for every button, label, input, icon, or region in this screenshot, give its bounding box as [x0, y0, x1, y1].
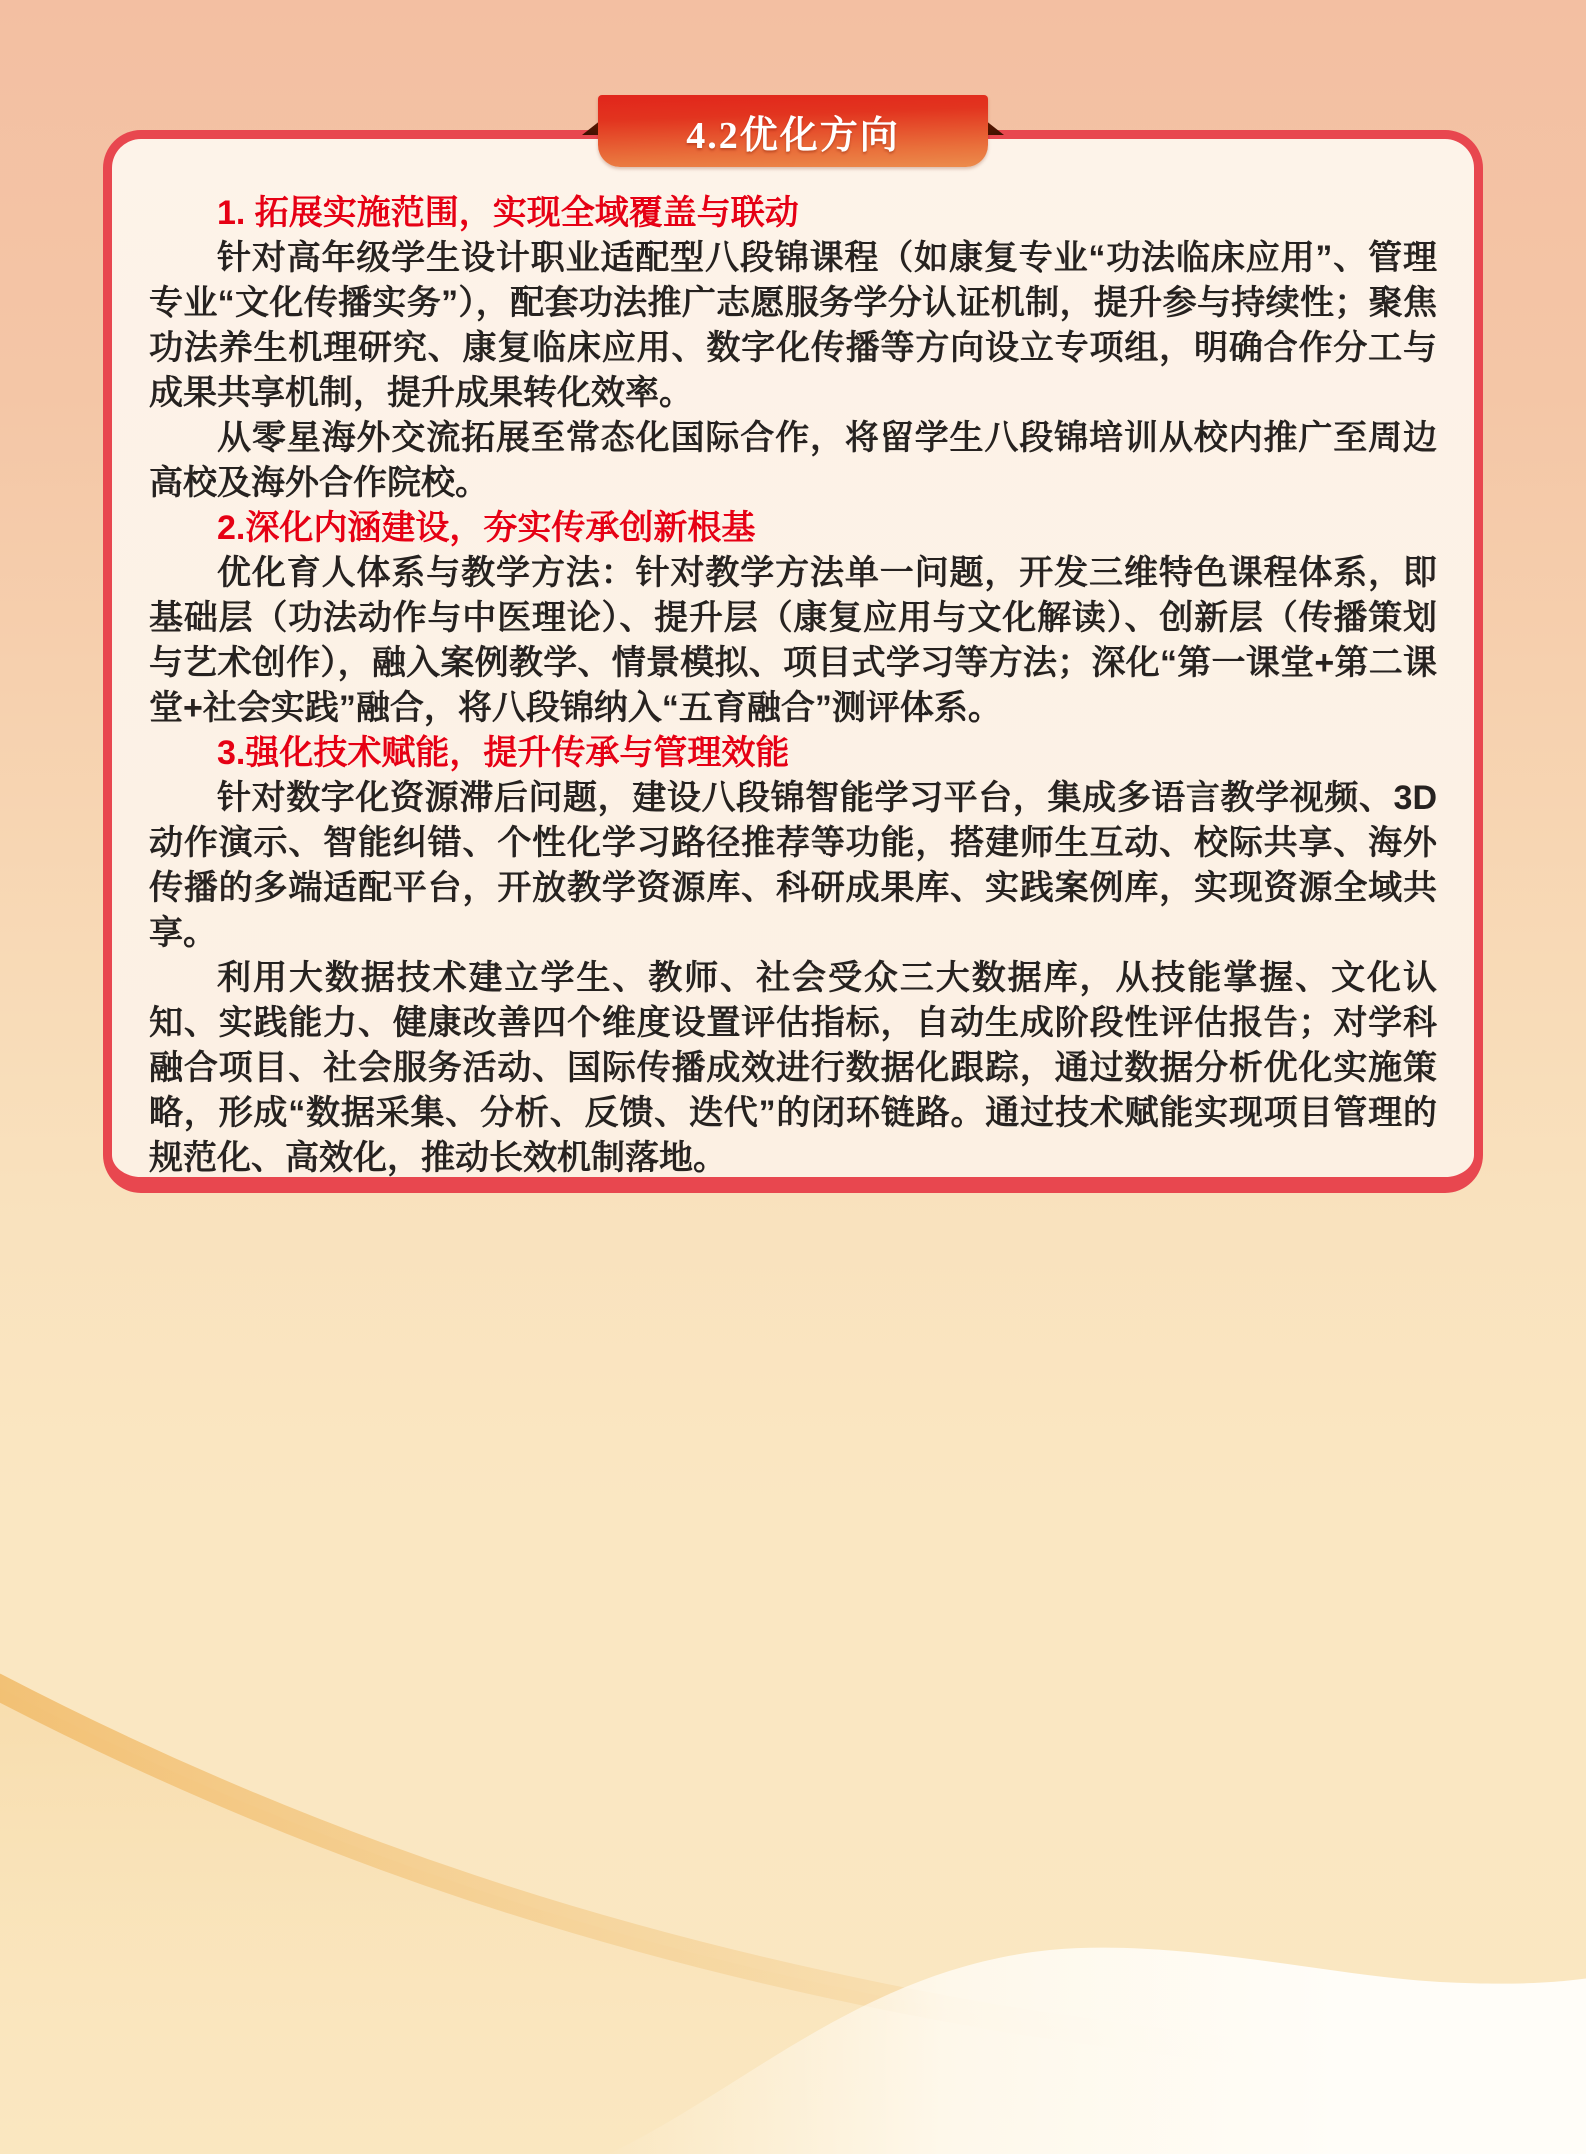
- heading-expand-scope: 1. 拓展实施范围，实现全域覆盖与联动: [149, 191, 1437, 236]
- paragraph-big-data: 利用大数据技术建立学生、教师、社会受众三大数据库，从技能掌握、文化认知、实践能力…: [149, 956, 1437, 1181]
- ribbon-band: 4.2优化方向: [598, 95, 988, 167]
- page: 4.2优化方向 1. 拓展实施范围，实现全域覆盖与联动 针对高年级学生设计职业适…: [0, 0, 1586, 2154]
- heading-technology-empowerment: 3.强化技术赋能，提升传承与管理效能: [149, 731, 1437, 776]
- section-ribbon: 4.2优化方向: [598, 95, 988, 167]
- background-waves: [0, 1624, 1586, 2154]
- content-card: 1. 拓展实施范围，实现全域覆盖与联动 针对高年级学生设计职业适配型八段锦课程（…: [103, 130, 1483, 1193]
- heading-deepen-content: 2.深化内涵建设，夯实传承创新根基: [149, 506, 1437, 551]
- section-title: 4.2优化方向: [686, 104, 900, 159]
- paragraph-international-cooperation: 从零星海外交流拓展至常态化国际合作，将留学生八段锦培训从校内推广至周边高校及海外…: [149, 416, 1437, 506]
- paragraph-smart-platform: 针对数字化资源滞后问题，建设八段锦智能学习平台，集成多语言教学视频、3D动作演示…: [149, 776, 1437, 956]
- paragraph-curriculum-system: 优化育人体系与教学方法：针对教学方法单一问题，开发三维特色课程体系，即基础层（功…: [149, 551, 1437, 731]
- paragraph-course-design: 针对高年级学生设计职业适配型八段锦课程（如康复专业“功法临床应用”、管理专业“文…: [149, 236, 1437, 416]
